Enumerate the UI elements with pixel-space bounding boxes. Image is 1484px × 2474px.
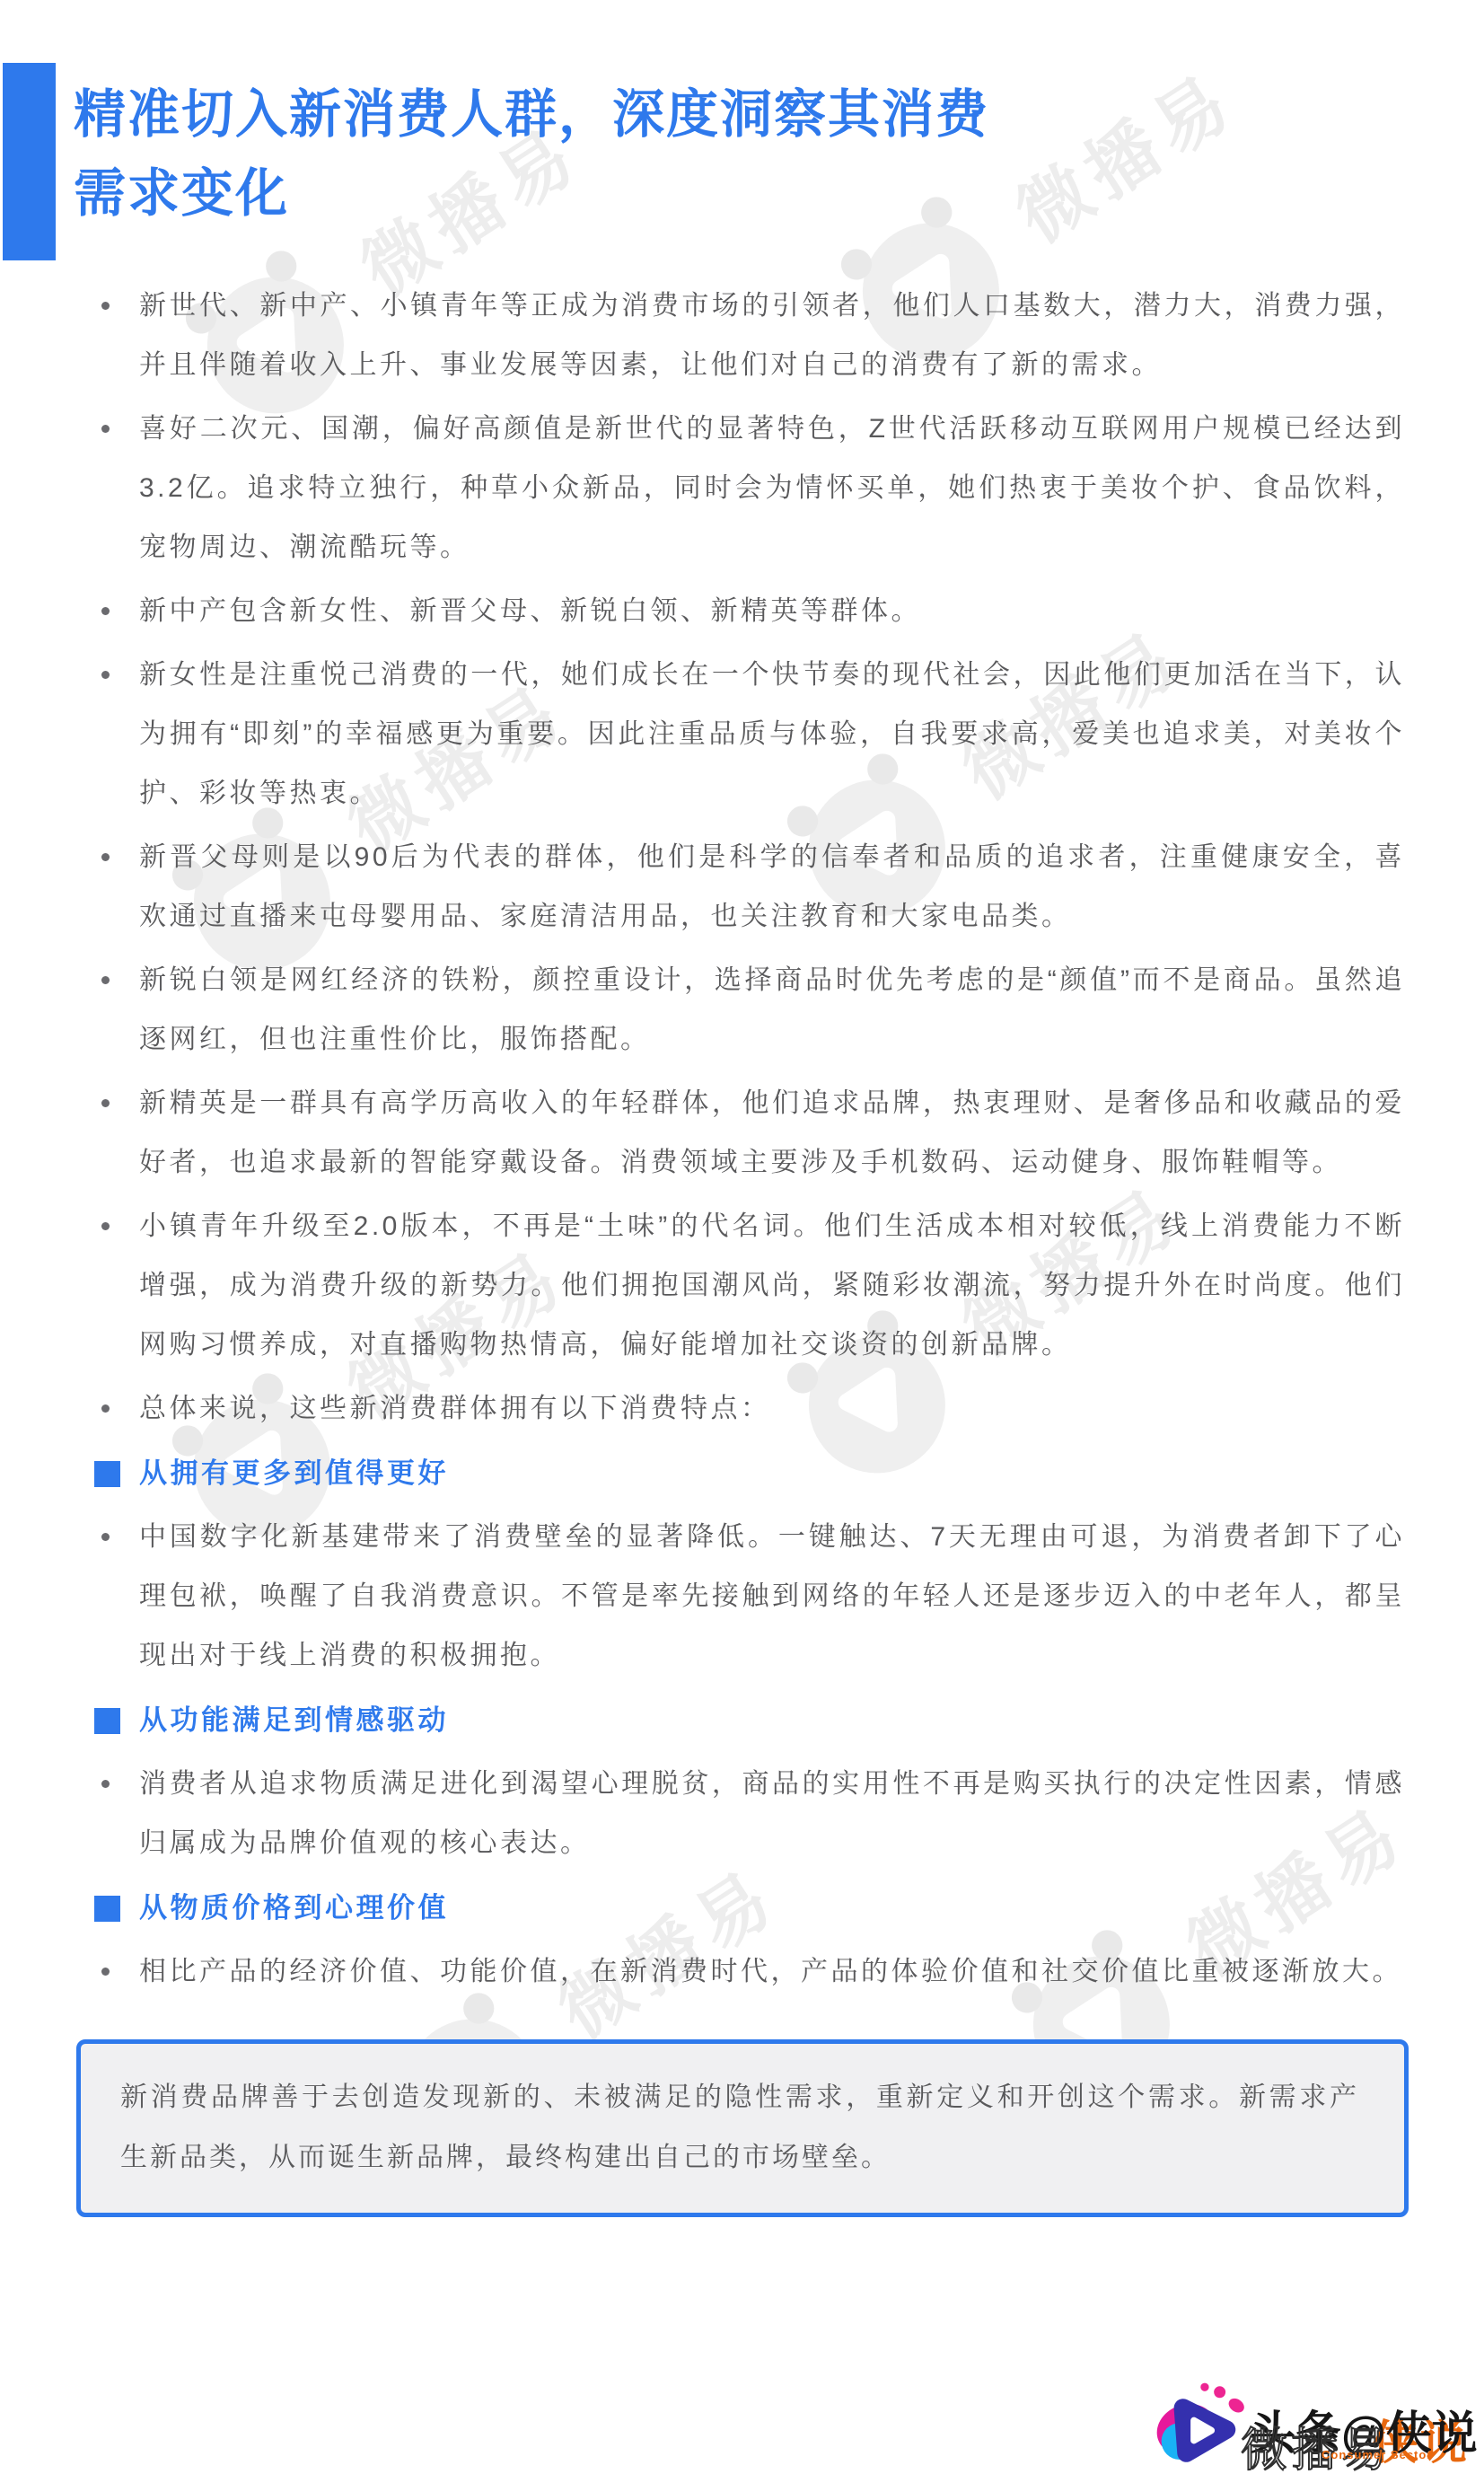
bullet-dot-icon (101, 607, 110, 615)
bullet-dot-icon (101, 976, 110, 984)
list-item: 相比产品的经济价值、功能价值，在新消费时代，产品的体验价值和社交价值比重被逐渐放… (139, 1942, 1405, 2002)
bullet-dot-icon (101, 302, 110, 310)
page-title-line-1: 精准切入新消费人群，深度洞察其消费 (74, 75, 1484, 154)
brand-watermark-text: 微播易 (1241, 2412, 1392, 2474)
list-item: 新精英是一群具有高学历高收入的年轻群体，他们追求品牌，热衷理财、是奢侈品和收藏品… (139, 1074, 1405, 1193)
list-item: 新晋父母则是以90后为代表的群体，他们是科学的信奉者和品质的追求者，注重健康安全… (139, 828, 1405, 946)
square-bullet-icon (94, 1461, 120, 1487)
summary-callout-box: 新消费品牌善于去创造发现新的、未被满足的隐性需求，重新定义和开创这个需求。新需求… (76, 2039, 1409, 2217)
page-title: 精准切入新消费人群，深度洞察其消费 需求变化 (74, 75, 1484, 233)
square-bullet-icon (94, 1708, 120, 1734)
body-content: 新世代、新中产、小镇青年等正成为消费市场的引领者，他们人口基数大，潜力大，消费力… (139, 277, 1405, 2002)
list-item: 新世代、新中产、小镇青年等正成为消费市场的引领者，他们人口基数大，潜力大，消费力… (139, 277, 1405, 395)
bullet-dot-icon (101, 1968, 110, 1976)
section-heading-text: 从拥有更多到值得更好 (139, 1444, 1405, 1503)
summary-callout-text: 新消费品牌善于去创造发现新的、未被满足的隐性需求，重新定义和开创这个需求。新需求… (120, 2067, 1359, 2188)
bullet-text: 总体来说，这些新消费群体拥有以下消费特点： (139, 1379, 1405, 1439)
footer: 侠说 头条@侠说 微播易 Consumer Sector (0, 2371, 1484, 2474)
list-item: 总体来说，这些新消费群体拥有以下消费特点： (139, 1379, 1405, 1439)
bullet-dot-icon (101, 425, 110, 433)
section-heading: 从功能满足到情感驱动 (139, 1691, 1405, 1750)
bullet-text: 喜好二次元、国潮，偏好高颜值是新世代的显著特色，Z世代活跃移动互联网用户规模已经… (139, 400, 1405, 577)
title-accent-bar (3, 63, 56, 260)
list-item: 小镇青年升级至2.0版本，不再是“土味”的代名词。他们生活成本相对较低，线上消费… (139, 1197, 1405, 1375)
bullet-text: 新晋父母则是以90后为代表的群体，他们是科学的信奉者和品质的追求者，注重健康安全… (139, 828, 1405, 946)
section-heading-text: 从物质价格到心理价值 (139, 1879, 1405, 1938)
section-heading-text: 从功能满足到情感驱动 (139, 1691, 1405, 1750)
page-header: 精准切入新消费人群，深度洞察其消费 需求变化 (0, 0, 1484, 233)
bullet-text: 新精英是一群具有高学历高收入的年轻群体，他们追求品牌，热衷理财、是奢侈品和收藏品… (139, 1074, 1405, 1193)
bullet-dot-icon (101, 671, 110, 679)
list-item: 新锐白领是网红经济的铁粉，颜控重设计，选择商品时优先考虑的是“颜值”而不是商品。… (139, 951, 1405, 1070)
bullet-dot-icon (101, 853, 110, 861)
bullet-text: 相比产品的经济价值、功能价值，在新消费时代，产品的体验价值和社交价值比重被逐渐放… (139, 1942, 1405, 2002)
bullet-text: 新女性是注重悦己消费的一代，她们成长在一个快节奏的现代社会，因此他们更加活在当下… (139, 646, 1405, 823)
list-item: 新中产包含新女性、新晋父母、新锐白领、新精英等群体。 (139, 582, 1405, 641)
list-item: 中国数字化新基建带来了消费壁垒的显著降低。一键触达、7天无理由可退，为消费者卸下… (139, 1508, 1405, 1686)
bullet-dot-icon (101, 1099, 110, 1107)
section-heading: 从拥有更多到值得更好 (139, 1444, 1405, 1503)
bullet-text: 中国数字化新基建带来了消费壁垒的显著降低。一键触达、7天无理由可退，为消费者卸下… (139, 1508, 1405, 1686)
report-page: 精准切入新消费人群，深度洞察其消费 需求变化 新世代、新中产、小镇青年等正成为消… (0, 0, 1484, 2217)
bullet-text: 消费者从追求物质满足进化到渴望心理脱贫，商品的实用性不再是购买执行的决定性因素，… (139, 1755, 1405, 1873)
list-item: 喜好二次元、国潮，偏好高颜值是新世代的显著特色，Z世代活跃移动互联网用户规模已经… (139, 400, 1405, 577)
bullet-dot-icon (101, 1780, 110, 1788)
bullet-dot-icon (101, 1222, 110, 1230)
brand-caption: Consumer Sector (1322, 2448, 1432, 2461)
bullet-text: 新世代、新中产、小镇青年等正成为消费市场的引领者，他们人口基数大，潜力大，消费力… (139, 277, 1405, 395)
bullet-dot-icon (101, 1404, 110, 1413)
list-item: 新女性是注重悦己消费的一代，她们成长在一个快节奏的现代社会，因此他们更加活在当下… (139, 646, 1405, 823)
section-heading: 从物质价格到心理价值 (139, 1879, 1405, 1938)
bullet-text: 新锐白领是网红经济的铁粉，颜控重设计，选择商品时优先考虑的是“颜值”而不是商品。… (139, 951, 1405, 1070)
bullet-text: 小镇青年升级至2.0版本，不再是“土味”的代名词。他们生活成本相对较低，线上消费… (139, 1197, 1405, 1375)
page-title-line-2: 需求变化 (74, 154, 1484, 233)
list-item: 消费者从追求物质满足进化到渴望心理脱贫，商品的实用性不再是购买执行的决定性因素，… (139, 1755, 1405, 1873)
bullet-dot-icon (101, 1533, 110, 1541)
bullet-text: 新中产包含新女性、新晋父母、新锐白领、新精英等群体。 (139, 582, 1405, 641)
square-bullet-icon (94, 1896, 120, 1922)
